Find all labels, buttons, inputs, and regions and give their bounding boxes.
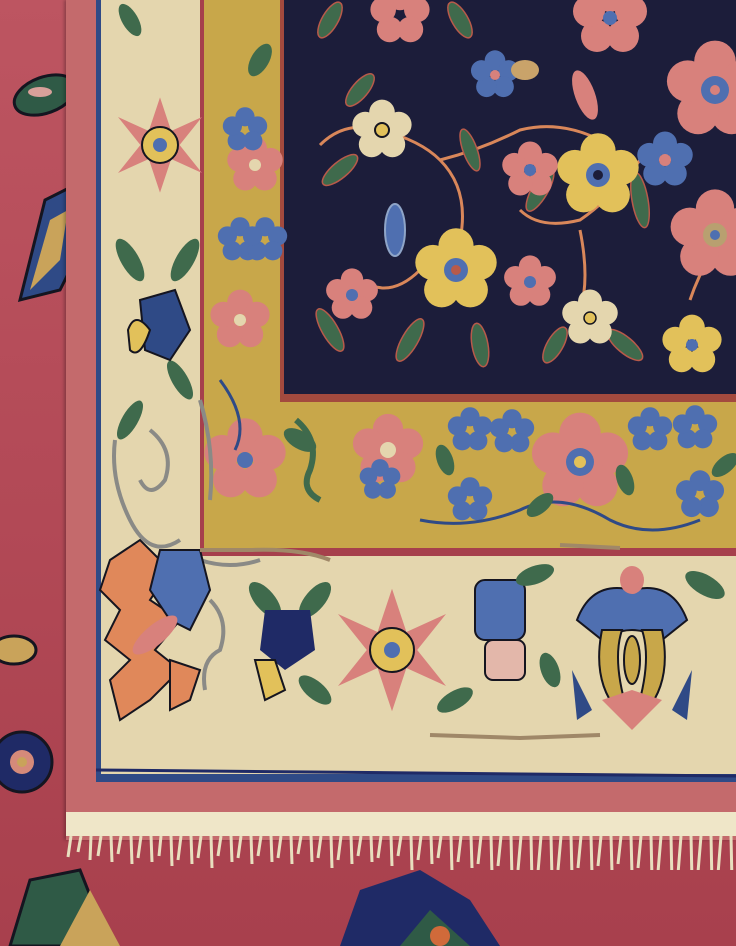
fringe [66, 812, 736, 870]
rug-motifs [0, 0, 736, 946]
